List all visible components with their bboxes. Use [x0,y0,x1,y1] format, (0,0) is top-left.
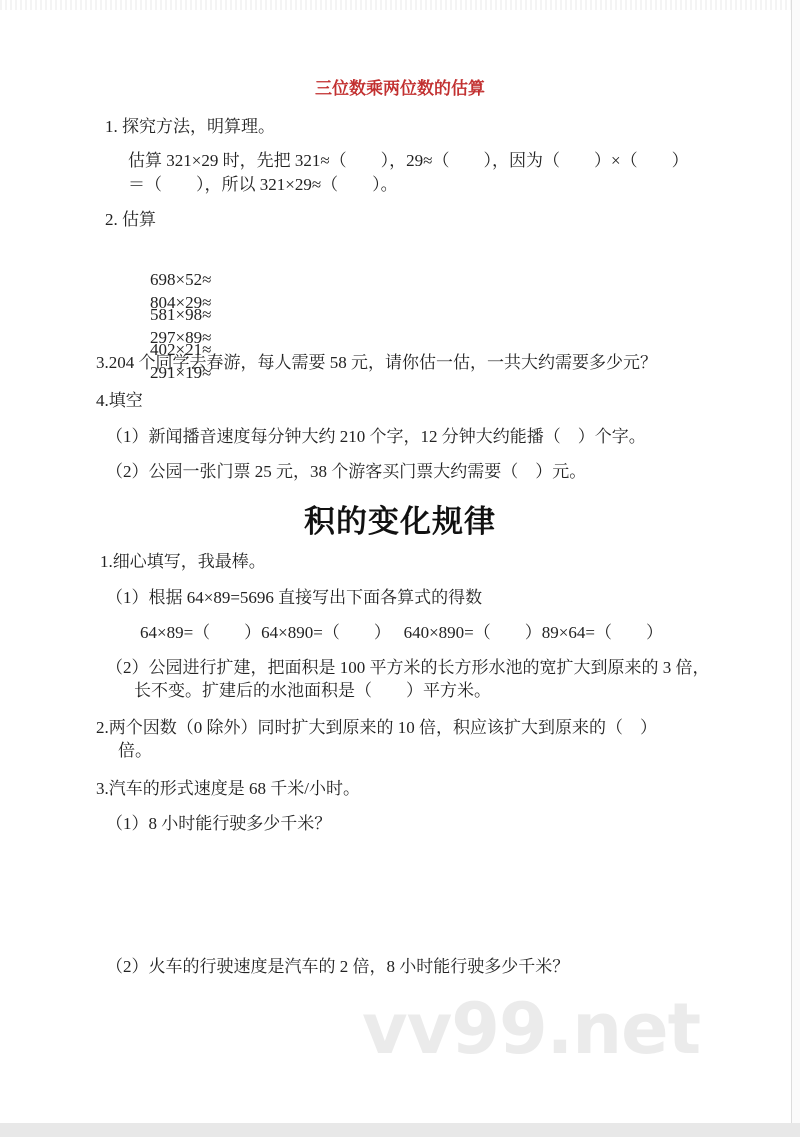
site-watermark: vv99.net [362,988,700,1070]
worksheet-page: 三位数乘两位数的估算 1. 探究方法，明算理。 估算 321×29 时，先把 3… [0,0,800,1137]
s2-question1-equation-line: 64×89=（ ）64×890=（ ） 640×890=（ ）89×64=（ ） [140,622,663,645]
question1-heading: 1. 探究方法，明算理。 [105,116,275,139]
question4-item1: （1）新闻播音速度每分钟大约 210 个字，12 分钟大约能播（ ）个字。 [106,426,646,449]
question4-heading: 4.填空 [96,390,143,413]
question1-line2: ＝（ ），所以 321×29≈（ ）。 [128,174,398,197]
s2-question1-item1: （1）根据 64×89=5696 直接写出下面各算式的得数 [106,587,482,610]
s2-question1-item2-line1: （2）公园进行扩建，把面积是 100 平方米的长方形水池的宽扩大到原来的 3 倍… [106,657,710,680]
s2-question2-line1: 2.两个因数（0 除外）同时扩大到原来的 10 倍，积应该扩大到原来的（ ） [96,717,657,740]
s2-question3-item1: （1）8 小时能行驶多少千米？ [106,813,331,836]
bottom-page-edge [0,1123,800,1137]
s2-question3-heading: 3.汽车的形式速度是 68 千米/小时。 [96,778,360,801]
s2-question1-heading: 1.细心填写，我最棒。 [100,551,266,574]
question1-line1: 估算 321×29 时，先把 321≈（ ），29≈（ ），因为（ ）×（ ） [128,150,689,173]
page-right-margin [792,0,800,1123]
section1-title: 三位数乘两位数的估算 [0,74,800,99]
question2-heading: 2. 估算 [105,209,156,232]
s2-question1-item2-line2: 长不变。扩建后的水池面积是（ ）平方米。 [134,680,491,703]
s2-question3-item2: （2）火车的行驶速度是汽车的 2 倍，8 小时能行驶多少千米？ [106,956,569,979]
s2-question2-line2: 倍。 [118,740,152,763]
question4-item2: （2）公园一张门票 25 元，38 个游客买门票大约需要（ ）元。 [106,461,586,484]
page-right-edge-line [791,0,792,1123]
question3-text: 3.204 个同学去春游，每人需要 58 元，请你估一估，一共大约需要多少元？ [96,352,657,375]
scan-texture-top [0,0,800,10]
section2-title: 积的变化规律 [0,496,800,541]
